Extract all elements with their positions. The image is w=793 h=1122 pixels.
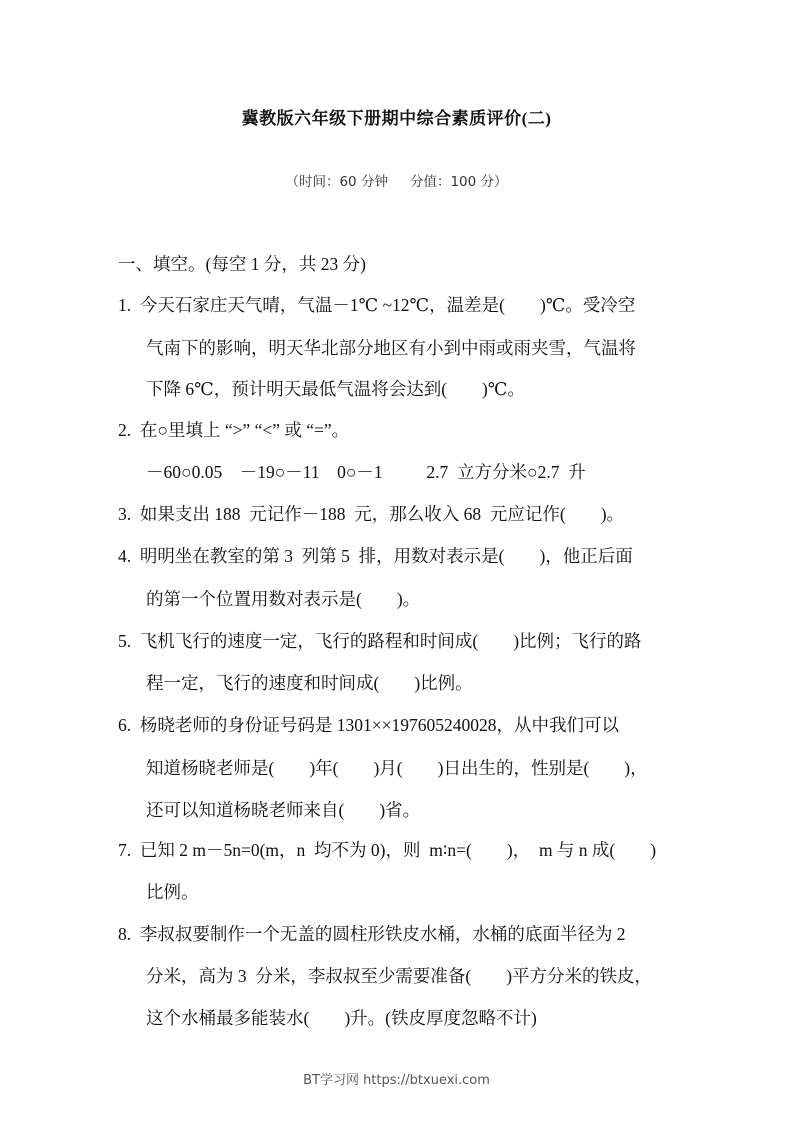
watermark: BT学习网 https://btxuexi.com [0, 1069, 793, 1088]
question-line-q8-l3: 这个水桶最多能装水( )升。(铁皮厚度忽略不计) [146, 1006, 537, 1030]
question-line-q3-l1: 3. 如果支出 188 元记作－188 元，那么收入 68 元应记作( )。 [118, 502, 624, 526]
question-line-q6-l1: 6. 杨晓老师的身份证号码是 1301××197605240028，从中我们可以 [118, 713, 619, 737]
question-line-q5-l1: 5. 飞机飞行的速度一定，飞行的路程和时间成( )比例；飞行的路 [118, 629, 642, 653]
section-heading: 一、填空。(每空 1 分，共 23 分) [118, 252, 366, 276]
question-line-q1-l1: 1. 今天石家庄天气晴，气温－1℃ ~12℃，温差是( )℃。受冷空 [118, 293, 635, 317]
question-line-q2-l2: －60○0.05 －19○－11 0○－1 2.7 立方分米○2.7 升 [146, 460, 586, 484]
question-line-q1-l2: 气南下的影响，明天华北部分地区有小到中雨或雨夹雪，气温将 [146, 336, 636, 360]
question-line-q7-l1: 7. 已知 2 m－5n=0(m，n 均不为 0)，则 m∶n=( )， m 与… [118, 838, 656, 862]
question-line-q5-l2: 程一定，飞行的速度和时间成( )比例。 [146, 671, 473, 695]
question-line-q6-l2: 知道杨晓老师是( )年( )月( )日出生的，性别是( )， [146, 756, 648, 780]
question-line-q2-l1: 2. 在○里填上 “>” “<” 或 “=”。 [118, 418, 349, 442]
question-line-q7-l2: 比例。 [146, 880, 199, 904]
question-line-q1-l3: 下降 6℃，预计明天最低气温将会达到( )℃。 [146, 377, 525, 401]
question-line-q8-l2: 分米，高为 3 分米，李叔叔至少需要准备( )平方分米的铁皮， [146, 964, 652, 988]
question-line-q8-l1: 8. 李叔叔要制作一个无盖的圆柱形铁皮水桶，水桶的底面半径为 2 [118, 922, 626, 946]
question-line-q6-l3: 还可以知道杨晓老师来自( )省。 [146, 798, 420, 822]
question-line-q4-l2: 的第一个位置用数对表示是( )。 [146, 587, 420, 611]
time-limit: （时间：60 分钟 [285, 174, 387, 190]
total-score: 分值：100 分） [410, 174, 508, 190]
document-title: 冀教版六年级下册期中综合素质评价(二) [0, 104, 793, 129]
exam-info: （时间：60 分钟分值：100 分） [0, 170, 793, 190]
question-line-q4-l1: 4. 明明坐在教室的第 3 列第 5 排，用数对表示是( )，他正后面 [118, 544, 633, 568]
